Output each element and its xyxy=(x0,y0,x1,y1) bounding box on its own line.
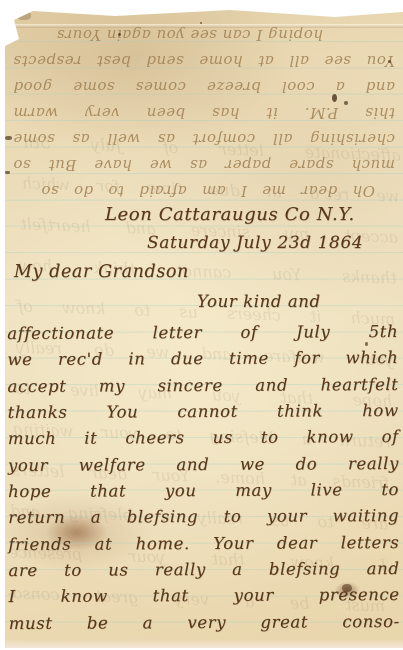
letter-body-line: friends at home. Your dear letters xyxy=(8,530,399,558)
inverted-text-line: and a cool breeze comes some good xyxy=(13,74,395,100)
date-line: Saturday July 23d 1864 xyxy=(147,233,393,253)
letter-body-line: must be a very great conso- xyxy=(9,609,400,637)
inverted-text-line: cherishing all comfort as well as some xyxy=(13,126,395,152)
torn-corner-shadow xyxy=(17,11,31,20)
ink-speck xyxy=(388,60,391,63)
letter-body-line: are to us really a blefsing and xyxy=(8,556,399,584)
letter-body-line: hope that you may live to xyxy=(8,477,399,505)
ink-speck xyxy=(344,101,348,105)
opening-line: Your kind and xyxy=(197,292,321,311)
ink-speck xyxy=(118,33,121,36)
letter-body-line: accept my sincere and heartfelt xyxy=(7,372,398,400)
letter-paper: affectionate letter of July 5thwe rec'd … xyxy=(5,8,403,648)
letter-body-line: affectionate letter of July 5th xyxy=(7,319,398,347)
place-line: Leon Cattaraugus Co N.Y. xyxy=(105,204,389,225)
letter-body-line: we rec'd in due time for which xyxy=(7,345,398,373)
ink-speck xyxy=(365,342,368,346)
salutation: My dear Grandson xyxy=(14,262,189,282)
letter-body-line: your welfare and we do really xyxy=(8,451,399,479)
ink-speck xyxy=(332,94,337,102)
letter-body-line: much it cheers us to know of xyxy=(8,424,399,452)
ink-speck xyxy=(5,136,12,140)
letter-body: affectionate letter of July 5thwe rec'd … xyxy=(7,319,400,637)
letter-body-line: return a blefsing to your waiting xyxy=(8,503,399,531)
letter-scan: { "letter": { "place_line": "Leon Cattar… xyxy=(0,0,403,650)
inverted-text-line: much spare paper as we have But so xyxy=(13,152,395,178)
ink-speck xyxy=(5,171,10,174)
inverted-text-line: hoping I can see you again Yours xyxy=(13,22,395,48)
ink-stain xyxy=(342,584,352,592)
ink-speck xyxy=(200,22,202,24)
inverted-text-line: Oh dear me I am afraid to do so xyxy=(13,178,395,204)
inverted-text-line: this P.M. it has been very warm xyxy=(13,100,395,126)
inverted-text-block: Oh dear me I am afraid to do somuch spar… xyxy=(13,22,395,204)
inverted-text-line: You see all at home send best respects xyxy=(13,48,395,74)
letter-body-line: thanks You cannot think how xyxy=(8,398,399,426)
